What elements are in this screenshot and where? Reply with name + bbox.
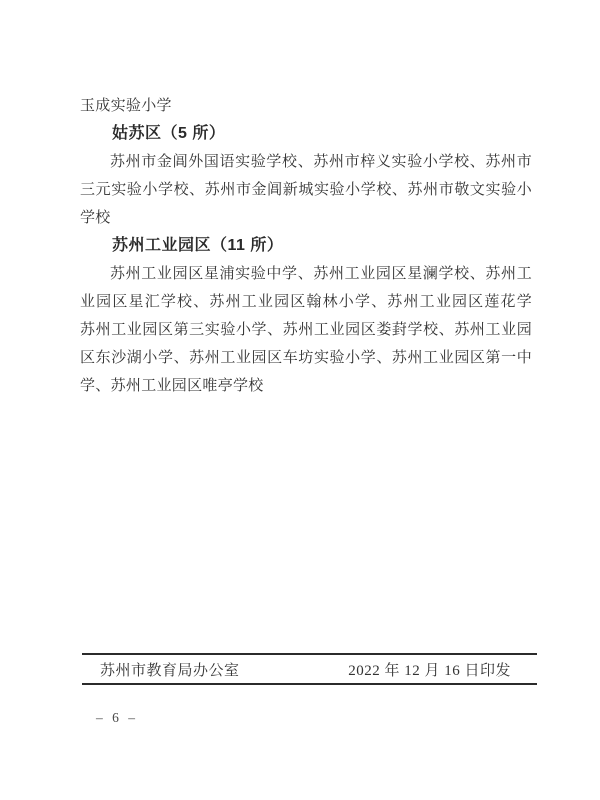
list-continuation-line: 玉成实验小学 <box>80 92 532 120</box>
page-number: – 6 – <box>96 710 138 726</box>
document-footer: 苏州市教育局办公室 2022 年 12 月 16 日印发 <box>82 653 537 685</box>
document-page: 玉成实验小学 姑苏区（5 所） 苏州市金阊外国语实验学校、苏州市梓义实验小学校、… <box>0 0 600 800</box>
school-list-line: 三元实验小学校、苏州市金阊新城实验小学校、苏州市敬文实验小 <box>80 176 532 204</box>
school-list-line: 苏州工业园区星浦实验中学、苏州工业园区星澜学校、苏州工 <box>80 260 532 288</box>
issuing-office-label: 苏州市教育局办公室 <box>100 659 240 680</box>
document-body: 玉成实验小学 姑苏区（5 所） 苏州市金阊外国语实验学校、苏州市梓义实验小学校、… <box>80 92 532 400</box>
footer-row: 苏州市教育局办公室 2022 年 12 月 16 日印发 <box>82 655 537 683</box>
print-date-label: 2022 年 12 月 16 日印发 <box>348 659 511 680</box>
school-list-line: 苏州工业园区第三实验小学、苏州工业园区娄葑学校、苏州工业园 <box>80 316 532 344</box>
school-list-line: 业园区星汇学校、苏州工业园区翰林小学、苏州工业园区莲花学校、 <box>80 288 532 316</box>
section-heading-suzhou-industrial-park: 苏州工业园区（11 所） <box>80 232 532 260</box>
school-list-line: 苏州市金阊外国语实验学校、苏州市梓义实验小学校、苏州市 <box>80 148 532 176</box>
school-list-line: 学校 <box>80 204 532 232</box>
school-list-line: 区东沙湖小学、苏州工业园区车坊实验小学、苏州工业园区第一中 <box>80 344 532 372</box>
section-heading-gusu-district: 姑苏区（5 所） <box>80 120 532 148</box>
school-list-line: 学、苏州工业园区唯亭学校 <box>80 372 532 400</box>
footer-bottom-rule <box>82 683 537 685</box>
